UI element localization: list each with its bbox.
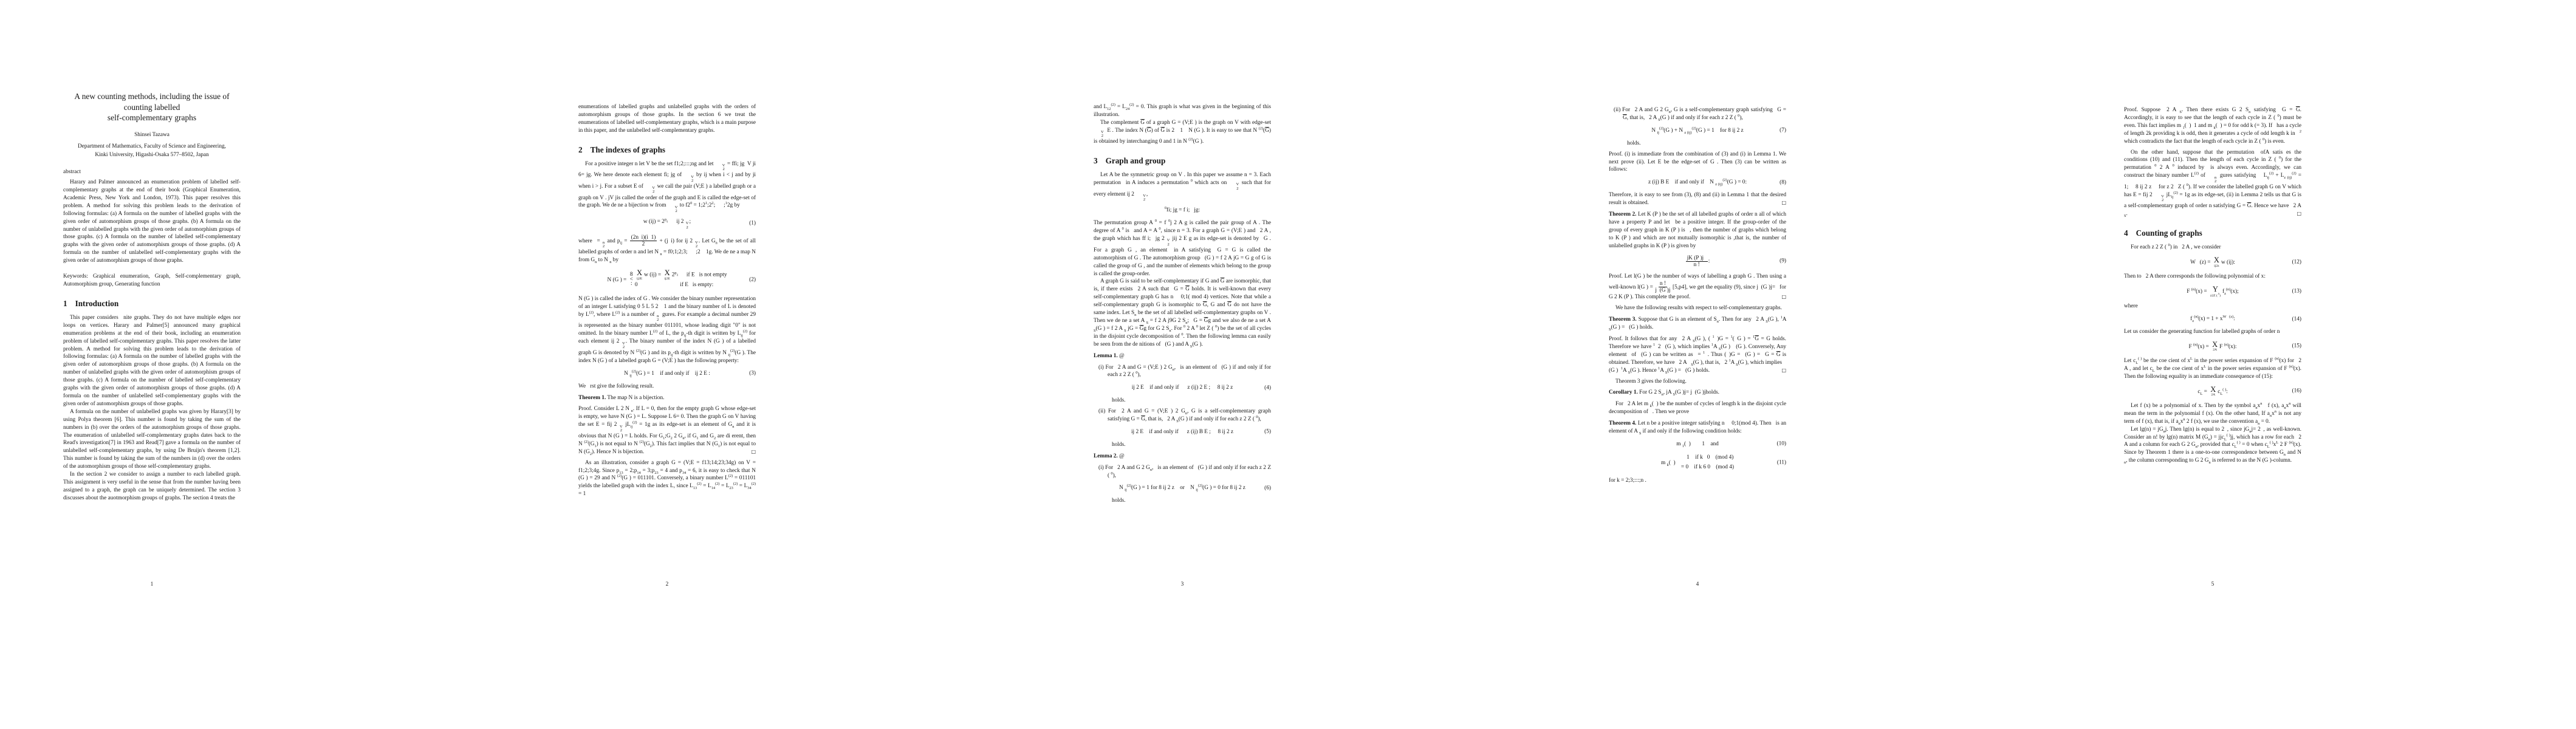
section-heading: 2The indexes of graphs (578, 145, 756, 154)
display-equation: F (n)(x) = X2AF (n)(x):(15) (2124, 341, 2301, 352)
theorem: Corollary 1. For G 2 Sn, jA S(G )j= j (G… (1609, 389, 1786, 397)
paragraph: For each z 2 Z ( 0) in 2 A , we consider (2124, 244, 2301, 252)
display-equation: N (G ) = 8<:Xij2Ew (ij) = Xij2E2pij if E… (578, 269, 756, 290)
page-number: 4 (1609, 581, 1786, 587)
theorem-label: Theorem 2. (1609, 211, 1636, 217)
paragraph: For 2 A let m k( ) be the number of cycl… (1609, 400, 1786, 416)
display-equation: N ij(2)(G ) = 1 for 8 ij 2 z or N ij(2)(… (1094, 484, 1271, 492)
affiliation: Kinki University, Higashi-Osaka 577–8502… (63, 151, 241, 159)
page-number: 1 (63, 581, 241, 587)
paragraph: On the other hand, suppose that the perm… (2124, 149, 2301, 219)
section-title: Counting of graphs (2136, 228, 2202, 238)
paragraph: holds. (1112, 397, 1271, 405)
paragraph: This paper considers nite graphs. They d… (63, 314, 241, 408)
section-heading: 3Graph and group (1094, 156, 1271, 165)
page-number: 5 (2124, 581, 2301, 587)
paragraph: N (G ) is called the index of G . We con… (578, 295, 756, 365)
proof: Proof. Suppose 2 A S. Then there exists … (2124, 106, 2301, 146)
equation-number: (8) (1780, 179, 1786, 187)
theorem: Lemma 1. @ (1094, 352, 1271, 360)
paragraph: We have the following results with respe… (1609, 304, 1786, 312)
equation-body: m 1( ) 1 and (1676, 441, 1719, 447)
section-number: 4 (2124, 228, 2128, 238)
theorem-label: Theorem 4. (1609, 420, 1636, 426)
page-content: A new counting methods, including the is… (63, 91, 241, 502)
paragraph: for k = 2;3;:::;n . (1609, 477, 1786, 485)
qed-box: □ (1781, 293, 1786, 301)
paragraph: Therefore, it is easy to see from (3), (… (1609, 191, 1786, 207)
equation-body: N ij(2)(G ) + N z (ij)(2)(G ) = 1 for 8 … (1651, 128, 1743, 134)
equation-body: jK (P )j n !: (1685, 258, 1710, 264)
page-number: 2 (578, 581, 756, 587)
equation-number: (5) (1264, 428, 1271, 436)
equation-body: W (z) = Xij2zw (ij): (2190, 259, 2235, 265)
page-4: (ii) For 2 A and G 2 Gn, G is a self-com… (1546, 0, 2061, 729)
affiliation: Department of Mathematics, Faculty of Sc… (63, 143, 241, 151)
paragraph: Then to 2 A there corresponds the follow… (2124, 273, 2301, 281)
page-2: enumerations of labelled graphs and unla… (515, 0, 1030, 729)
section-number: 1 (63, 299, 67, 308)
paragraph: Let lg(n) = jGnj. Then lg(n) is equal to… (2124, 426, 2301, 465)
section-title: Graph and group (1106, 156, 1166, 165)
equation-body: F (n)(x) = X2AF (n)(x): (2189, 344, 2237, 350)
theorem-label: Corollary 1. (1609, 389, 1638, 395)
display-equation: 0fi; jg = f i; jg: (1094, 207, 1271, 214)
display-equation: m 1( ) 1 and(10) (1609, 440, 1786, 448)
equation-body: ij 2 E if and only if z (ij) B E ; 8 ij … (1131, 429, 1233, 435)
display-equation: w (ij) = 2pij ij 2 V2;(1) (578, 218, 756, 230)
page-5: Proof. Suppose 2 A S. Then there exists … (2061, 0, 2576, 729)
equation-body: cL = X2AcL( ): (2197, 389, 2227, 395)
paragraph: and L12(2) = L24(2) = 0. This graph is w… (1094, 103, 1271, 119)
paragraph: In the section 2 we consider to assign a… (63, 471, 241, 502)
paragraph: Let us consider the generating function … (2124, 328, 2301, 336)
page-content: Proof. Suppose 2 A S. Then there exists … (2124, 103, 2301, 465)
theorem: Theorem 4. Let n be a positive integer s… (1609, 420, 1786, 436)
proof: Proof. Consider L 2 N n. If L = 0, then … (578, 405, 756, 456)
page-content: and L12(2) = L24(2) = 0. This graph is w… (1094, 103, 1271, 508)
paragraph: For a positive integer n let V be the se… (578, 160, 756, 213)
display-equation: ij 2 E if and only if z (ij) B E ; 8 ij … (1094, 428, 1271, 436)
abstract-label: abstract (63, 168, 241, 176)
theorem-label: Lemma 1. (1094, 353, 1118, 359)
display-equation: N ij(2)(G ) = 1 if and only if ij 2 E :(… (578, 370, 756, 378)
theorem-label: Theorem 3. (1609, 317, 1637, 323)
list-item: (ii) For 2 A and G 2 Gn, G is a self-com… (1614, 106, 1786, 122)
page-content: (ii) For 2 A and G 2 Gn, G is a self-com… (1609, 103, 1786, 485)
display-equation: m k( ) 1 if k 0 (mod 4)= 0 if k 6 0 (mod… (1609, 453, 1786, 473)
equation-body: N (G ) = 8<:Xij2Ew (ij) = Xij2E2pij if E… (607, 277, 727, 283)
equation-body: m k( ) 1 if k 0 (mod 4)= 0 if k 6 0 (mod… (1661, 460, 1734, 466)
display-equation: N ij(2)(G ) + N z (ij)(2)(G ) = 1 for 8 … (1609, 127, 1786, 135)
display-equation: jK (P )j n !:(9) (1609, 255, 1786, 268)
equation-number: (13) (2292, 288, 2302, 296)
equation-number: (3) (749, 370, 756, 378)
paragraph: where (2124, 303, 2301, 310)
paragraph: A graph G is said to be self-complementa… (1094, 278, 1271, 348)
keywords: Keywords: Graphical enumeration, Graph, … (63, 273, 241, 289)
theorem: Theorem 2. Let K (P ) be the set of all … (1609, 211, 1786, 250)
equation-number: (10) (1777, 440, 1787, 448)
equation-body: ij 2 E if and only if z (ij) 2 E ; 8 ij … (1132, 385, 1233, 391)
page-number: 3 (1094, 581, 1271, 587)
display-equation: fz(n)(x) = 1 + xW (z):(14) (2124, 315, 2301, 323)
equation-number: (9) (1780, 258, 1786, 265)
qed-box: □ (751, 448, 756, 456)
display-equation: z (ij) B E if and only if N z (ij)(2)(G … (1609, 179, 1786, 187)
paragraph: Let f (x) be a polynomial of x. Then by … (2124, 402, 2301, 426)
qed-box: □ (1781, 199, 1786, 207)
list-item: (i) For 2 A and G 2 Gn, is an element of… (1098, 464, 1271, 480)
display-equation: cL = X2AcL( ):(16) (2124, 386, 2301, 397)
section-title: Introduction (75, 299, 119, 308)
paragraph: We rst give the following result. (578, 383, 756, 391)
proof: Proof. Let l(G ) be the number of ways o… (1609, 273, 1786, 301)
equation-body: N ij(2)(G ) = 1 if and only if ij 2 E : (624, 371, 710, 377)
section-title: The indexes of graphs (591, 145, 665, 154)
paragraph: Let cL( ) be the coe cient of xL in the … (2124, 357, 2301, 381)
equation-number: (16) (2292, 388, 2302, 395)
display-equation: ij 2 E if and only if z (ij) 2 E ; 8 ij … (1094, 384, 1271, 392)
page-content: enumerations of labelled graphs and unla… (578, 103, 756, 498)
document: arXiv:0909.2314v1 [math.CO] 12 Sep 2009 … (0, 0, 2576, 729)
paragraph: Let A be the symmetric group on V . In t… (1094, 171, 1271, 202)
equation-body: 0fi; jg = f i; jg: (1165, 207, 1200, 213)
equation-number: (4) (1264, 384, 1271, 392)
author: Shinsei Tazawa (63, 131, 241, 139)
equation-number: (11) (1777, 459, 1786, 467)
list-item: (ii) For 2 A and G = (V;E ) 2 Gn, G is a… (1098, 408, 1271, 423)
paragraph: The permutation group A 0 = f 0j 2 A g i… (1094, 219, 1271, 278)
theorem-label: Lemma 2. (1094, 453, 1118, 459)
equation-number: (14) (2292, 315, 2302, 323)
paragraph: The complement G of a graph G = (V;E ) i… (1094, 119, 1271, 146)
theorem: Theorem 3. Suppose that G is an element … (1609, 316, 1786, 332)
theorem: Theorem 1. The map N is a bijection. (578, 394, 756, 402)
section-number: 3 (1094, 156, 1098, 165)
section-heading: 4Counting of graphs (2124, 228, 2301, 238)
pages: A new counting methods, including the is… (0, 0, 2576, 729)
equation-number: (1) (749, 220, 756, 228)
equation-number: (12) (2292, 258, 2302, 266)
paper-title: A new counting methods, including the is… (63, 91, 241, 123)
equation-body: fz(n)(x) = 1 + xW (z): (2190, 316, 2235, 322)
equation-number: (15) (2292, 343, 2302, 351)
theorem: Lemma 2. @ (1094, 453, 1271, 460)
equation-body: z (ij) B E if and only if N z (ij)(2)(G … (1648, 179, 1747, 185)
proof: Proof. (i) is immediate from the combina… (1609, 151, 1786, 174)
list-item: (i) For 2 A and G = (V;E ) 2 Gn, is an e… (1098, 364, 1271, 380)
display-equation: F (n)(x) = Yz2Z ( 0)fz(n)(x);(13) (2124, 286, 2301, 298)
equation-number: (2) (749, 276, 756, 284)
equation-body: N ij(2)(G ) = 1 for 8 ij 2 z or N ij(2)(… (1119, 485, 1245, 491)
page-1: A new counting methods, including the is… (0, 0, 515, 729)
paragraph: where = n2 and pij = (2n i)(i 1)2 + (j i… (578, 234, 756, 264)
equation-body: F (n)(x) = Yz2Z ( 0)fz(n)(x); (2187, 289, 2238, 295)
proof: Proof. It follows that for any 2 A S(G )… (1609, 335, 1786, 375)
page-3: and L12(2) = L24(2) = 0. This graph is w… (1030, 0, 1546, 729)
paragraph: holds. (1112, 497, 1271, 505)
qed-box: □ (2290, 210, 2301, 218)
paragraph: Theorem 3 gives the following. (1609, 378, 1786, 386)
paragraph: A formula on the number of unlabelled gr… (63, 408, 241, 471)
theorem-label: Theorem 1. (578, 395, 606, 401)
equation-number: (7) (1780, 127, 1786, 135)
equation-body: w (ij) = 2pij ij 2 V2; (643, 219, 691, 225)
paragraph: Harary and Palmer announced an enumerati… (63, 179, 241, 265)
display-equation: W (z) = Xij2zw (ij):(12) (2124, 256, 2301, 268)
section-heading: 1Introduction (63, 299, 241, 308)
paragraph: holds. (1112, 441, 1271, 449)
equation-number: (6) (1264, 484, 1271, 492)
paragraph: holds. (1627, 140, 1786, 148)
paragraph: enumerations of labelled graphs and unla… (578, 103, 756, 135)
section-number: 2 (578, 145, 583, 154)
paragraph: As an illustration, consider a graph G =… (578, 459, 756, 499)
qed-box: □ (1781, 367, 1786, 375)
